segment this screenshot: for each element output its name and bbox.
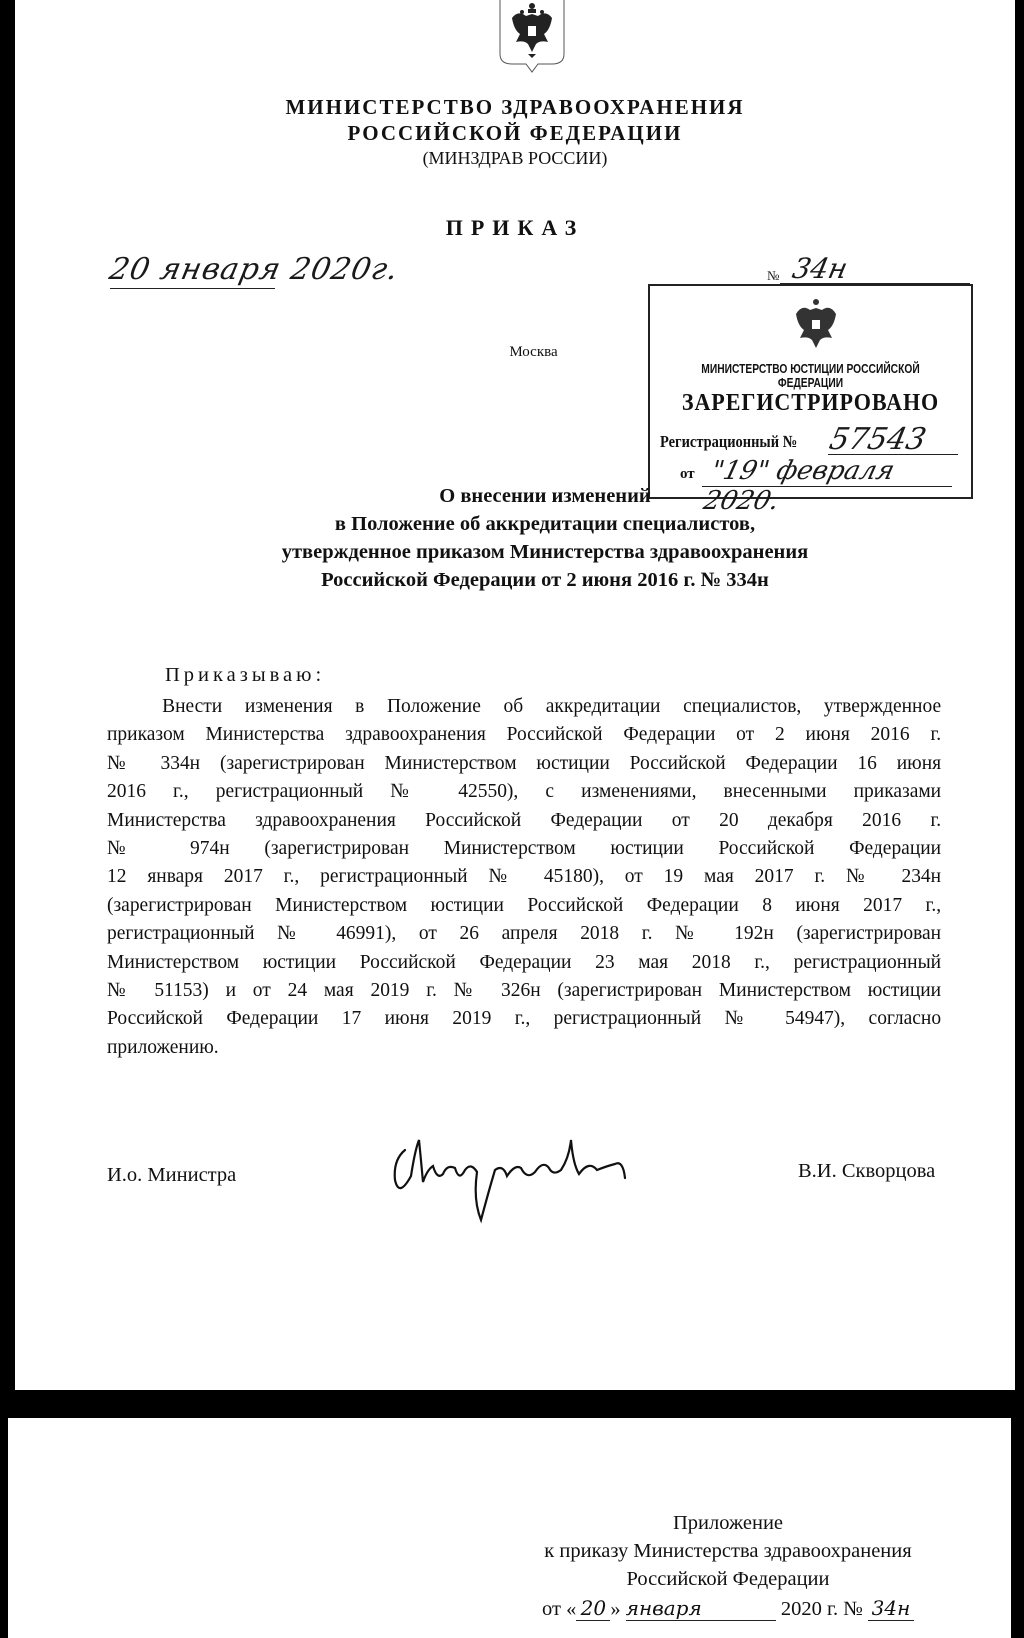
ministry-name-line2: РОССИЙСКОЙ ФЕДЕРАЦИИ	[15, 120, 1015, 146]
body-line: Министерством юстиции Российской Федерац…	[107, 948, 941, 976]
stamp-ministry-name: МИНИСТЕРСТВО ЮСТИЦИИ РОССИЙСКОЙ ФЕДЕРАЦИ…	[679, 362, 942, 390]
body-line: № 51153) и от 24 мая 2019 г. № 326н (зар…	[107, 976, 941, 1004]
signatory-title: И.о. Министра	[107, 1164, 236, 1187]
order-date-handwritten: 20 января 2020г.	[106, 252, 402, 287]
registration-stamp: МИНИСТЕРСТВО ЮСТИЦИИ РОССИЙСКОЙ ФЕДЕРАЦИ…	[648, 284, 973, 499]
subject-line: О внесении изменений	[15, 482, 1015, 510]
coat-of-arms-icon	[498, 0, 566, 74]
order-body: Внести изменения в Положение об аккредит…	[107, 692, 941, 1061]
ministry-header: МИНИСТЕРСТВО ЗДРАВООХРАНЕНИЯ РОССИЙСКОЙ …	[15, 94, 1015, 146]
appendix-date-line: от «20» января 2020 г. № 34н	[513, 1596, 943, 1621]
body-line: Российской Федерации 17 июня 2019 г., ре…	[107, 1004, 941, 1032]
order-subject: О внесении изменений в Положение об аккр…	[15, 482, 1015, 594]
date-underline	[110, 288, 275, 289]
ministry-short-name: (МИНЗДРАВ РОССИИ)	[15, 148, 1015, 169]
appendix-year: 2020 г. №	[781, 1598, 863, 1620]
handwritten-signature-icon	[385, 1120, 655, 1230]
document-page-2: Приложение к приказу Министерства здраво…	[8, 1418, 1011, 1638]
body-line: Внести изменения в Положение об аккредит…	[107, 692, 941, 720]
stamp-reg-underline	[828, 454, 958, 455]
coat-of-arms-icon	[790, 296, 842, 354]
appendix-line3: Российской Федерации	[513, 1568, 943, 1591]
subject-line: Российской Федерации от 2 июня 2016 г. №…	[15, 566, 1015, 594]
stamp-date-prefix: от	[680, 466, 695, 483]
order-directive-word: Приказываю:	[165, 664, 325, 687]
body-line: приказом Министерства здравоохранения Ро…	[107, 720, 941, 748]
body-line: 12 января 2017 г., регистрационный № 451…	[107, 862, 941, 890]
ministry-name-line1: МИНИСТЕРСТВО ЗДРАВООХРАНЕНИЯ	[15, 94, 1015, 120]
body-line: № 974н (зарегистрирован Министерством юс…	[107, 834, 941, 862]
appendix-number: 34н	[868, 1596, 914, 1621]
stamp-status: ЗАРЕГИСТРИРОВАНО	[663, 390, 958, 417]
body-line: (зарегистрирован Министерством юстиции Р…	[107, 891, 941, 919]
appendix-date-prefix: от «	[542, 1598, 576, 1620]
body-line: приложению.	[107, 1033, 941, 1061]
subject-line: утвержденное приказом Министерства здрав…	[15, 538, 1015, 566]
body-line: № 334н (зарегистрирован Министерством юс…	[107, 749, 941, 777]
stamp-reg-label: Регистрационный №	[660, 432, 797, 452]
stamp-reg-number: 57543	[826, 422, 929, 457]
appendix-line2: к приказу Министерства здравоохранения	[513, 1540, 943, 1563]
order-number-handwritten: 34н	[789, 252, 850, 285]
body-line: 2016 г., регистрационный № 42550), с изм…	[107, 777, 941, 805]
subject-line: в Положение об аккредитации специалистов…	[15, 510, 1015, 538]
appendix-day: 20	[576, 1596, 610, 1621]
appendix-quote-close: »	[610, 1598, 620, 1620]
document-page-1: МИНИСТЕРСТВО ЗДРАВООХРАНЕНИЯ РОССИЙСКОЙ …	[15, 0, 1015, 1390]
body-line: регистрационный № 46991), от 26 апреля 2…	[107, 919, 941, 947]
signatory-name: В.И. Скворцова	[798, 1160, 935, 1183]
order-title: ПРИКАЗ	[15, 215, 1015, 241]
order-number-label: №	[767, 268, 779, 284]
appendix-month: января	[626, 1596, 776, 1621]
appendix-title: Приложение	[513, 1512, 943, 1535]
body-line: Министерства здравоохранения Российской …	[107, 806, 941, 834]
